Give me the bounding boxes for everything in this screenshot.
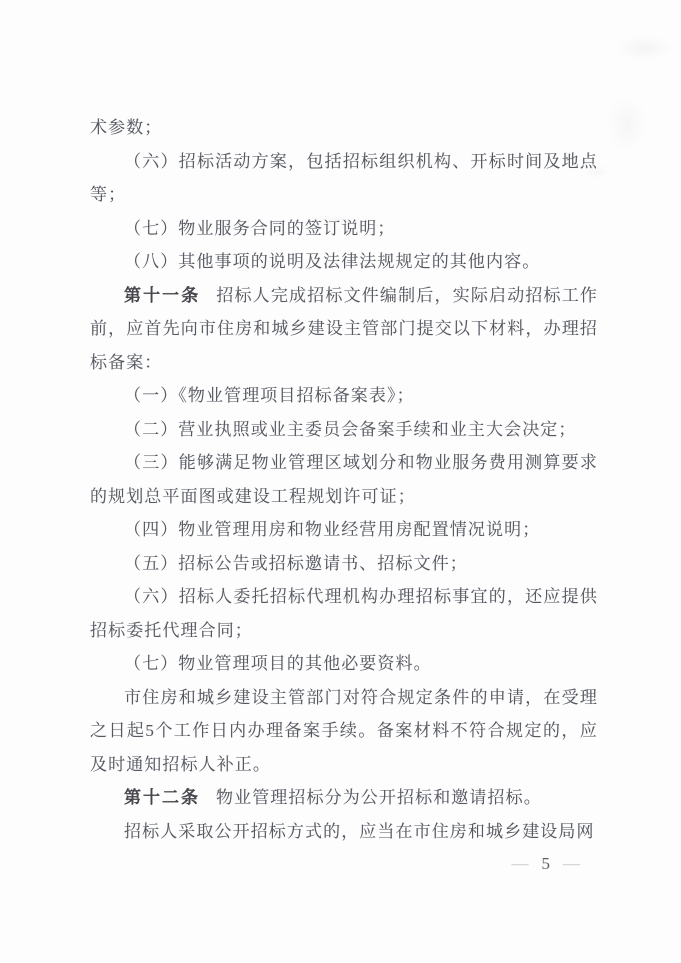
document-paragraph: 招标人采取公开招标方式的，应当在市住房和城乡建设局网 <box>90 815 598 849</box>
document-paragraph: 市住房和城乡建设主管部门对符合规定条件的申请，在受理之日起5个工作日内办理备案手… <box>90 681 598 782</box>
document-paragraph: （五）招标公告或招标邀请书、招标文件； <box>90 547 598 581</box>
paragraph-text: （一）《物业管理项目招标备案表》； <box>124 386 415 405</box>
page-number: — 5 — <box>90 852 598 876</box>
paragraph-text: 市住房和城乡建设主管部门对符合规定条件的申请，在受理之日起5个工作日内办理备案手… <box>90 688 598 774</box>
document-paragraph: 第十二条物业管理招标分为公开招标和邀请招标。 <box>90 781 598 815</box>
document-paragraph: （六）招标人委托招标代理机构办理招标事宜的，还应提供招标委托代理合同； <box>90 580 598 647</box>
paragraph-text: （六）招标人委托招标代理机构办理招标事宜的，还应提供招标委托代理合同； <box>90 587 598 640</box>
paragraph-text: （八）其他事项的说明及法律法规规定的其他内容。 <box>124 252 540 271</box>
document-paragraph: （八）其他事项的说明及法律法规规定的其他内容。 <box>90 245 598 279</box>
document-paragraph: （二）营业执照或业主委员会备案手续和业主大会决定； <box>90 413 598 447</box>
paragraph-text: （二）营业执照或业主委员会备案手续和业主大会决定； <box>124 420 577 439</box>
document-paragraph: （六）招标活动方案，包括招标组织机构、开标时间及地点等； <box>90 145 598 212</box>
paragraph-text: 物业管理招标分为公开招标和邀请招标。 <box>216 788 542 807</box>
document-page: 术参数；（六）招标活动方案，包括招标组织机构、开标时间及地点等；（七）物业服务合… <box>0 0 681 963</box>
article-number: 第十一条 <box>124 286 200 305</box>
document-paragraph: （三）能够满足物业管理区域划分和物业服务费用测算要求的规划总平面图或建设工程规划… <box>90 446 598 513</box>
page-number-dash-left: — <box>512 854 529 873</box>
paragraph-text: （七）物业管理项目的其他必要资料。 <box>124 654 432 673</box>
document-paragraph: （七）物业服务合同的签订说明； <box>90 212 598 246</box>
paragraph-text: （五）招标公告或招标邀请书、招标文件； <box>124 554 468 573</box>
page-number-value: 5 <box>542 852 551 876</box>
paragraph-text: 招标人采取公开招标方式的，应当在市住房和城乡建设局网 <box>124 822 595 841</box>
document-body: 术参数；（六）招标活动方案，包括招标组织机构、开标时间及地点等；（七）物业服务合… <box>90 111 598 848</box>
paragraph-text: （三）能够满足物业管理区域划分和物业服务费用测算要求的规划总平面图或建设工程规划… <box>90 453 598 506</box>
article-number: 第十二条 <box>124 788 200 807</box>
document-paragraph: （七）物业管理项目的其他必要资料。 <box>90 647 598 681</box>
document-paragraph: （一）《物业管理项目招标备案表》； <box>90 379 598 413</box>
paragraph-text: （七）物业服务合同的签订说明； <box>124 219 396 238</box>
document-paragraph: （四）物业管理用房和物业经营用房配置情况说明； <box>90 513 598 547</box>
paragraph-text: （四）物业管理用房和物业经营用房配置情况说明； <box>124 520 540 539</box>
page-number-dash-right: — <box>563 854 580 873</box>
paragraph-text: （六）招标活动方案，包括招标组织机构、开标时间及地点等； <box>90 152 598 205</box>
document-paragraph: 第十一条招标人完成招标文件编制后，实际启动招标工作前，应首先向市住房和城乡建设主… <box>90 279 598 380</box>
document-paragraph: 术参数； <box>90 111 598 145</box>
paragraph-text: 术参数； <box>90 118 162 137</box>
